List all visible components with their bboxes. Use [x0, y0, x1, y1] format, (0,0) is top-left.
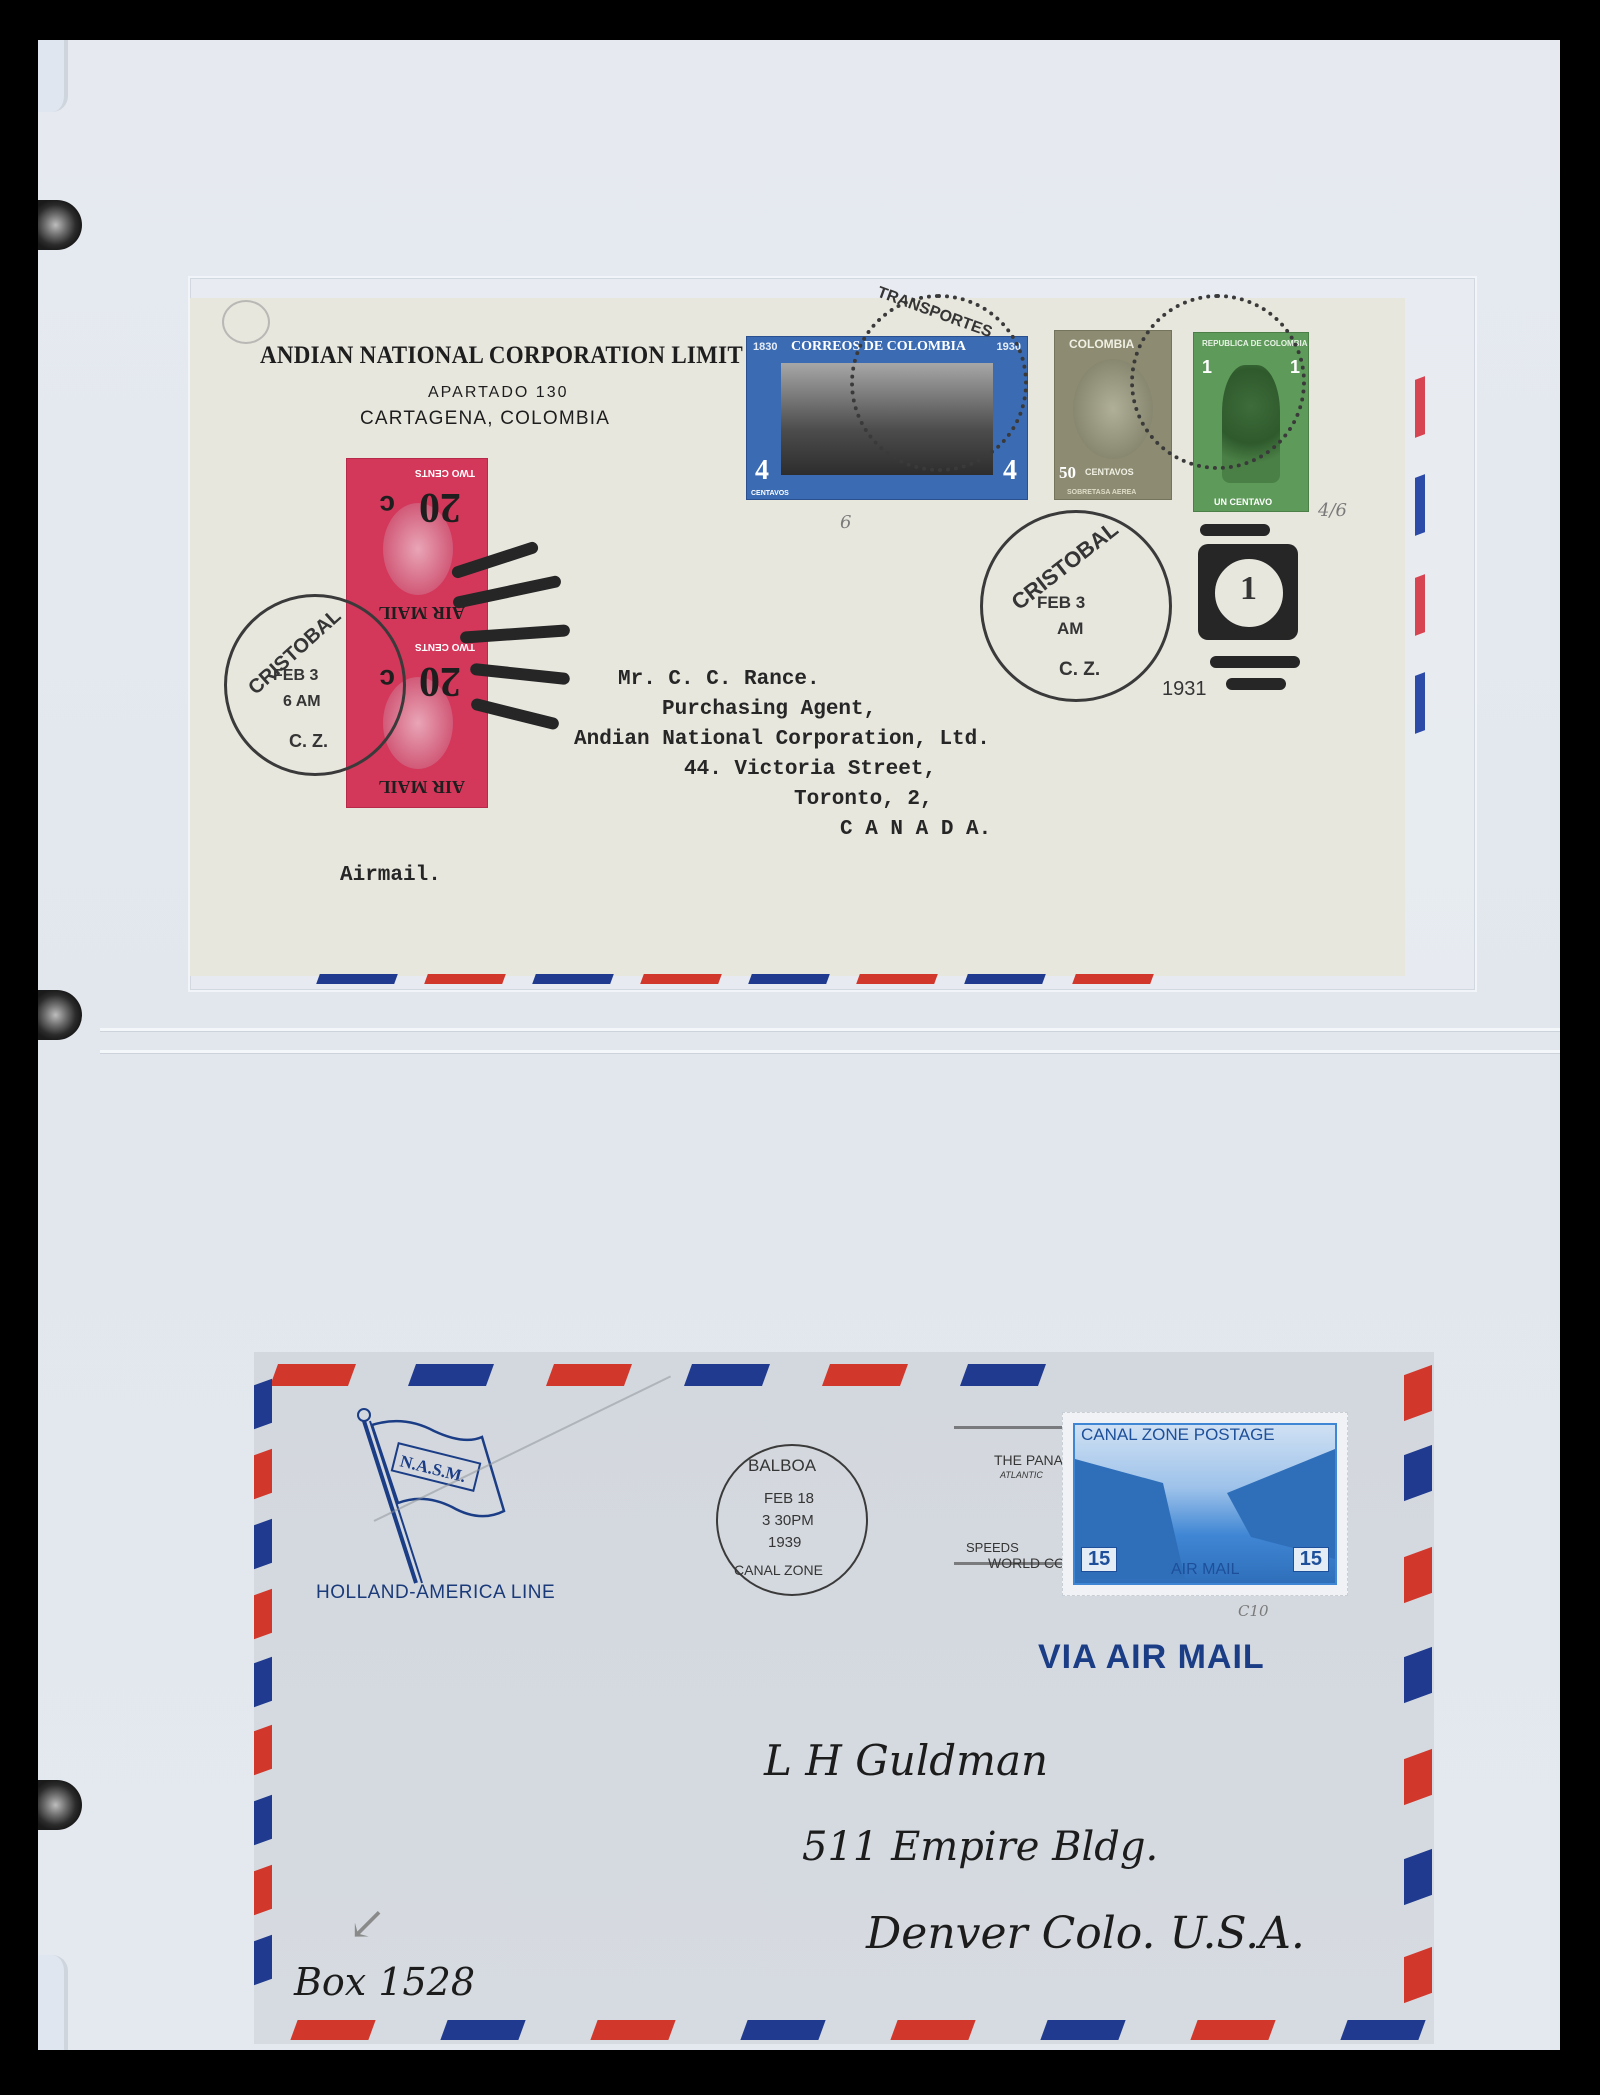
handwritten-city: Denver Colo. U.S.A. [866, 1908, 1305, 1959]
postmark-transportes [1130, 294, 1306, 470]
airmail-border-bottom [318, 974, 1385, 984]
handwritten-name: L H Guldman [764, 1736, 1048, 1785]
killer-1: 1 [1198, 544, 1298, 640]
postmark-transportes: TRANSPORTES [850, 294, 1028, 472]
airmail-stripe [1415, 474, 1425, 536]
handwritten-box-note: Box 1528 [294, 1960, 475, 2004]
sleeve-divider [100, 1028, 1560, 1031]
airmail-border-top [254, 1364, 1434, 1386]
airmail-note: Airmail. [340, 864, 441, 887]
pencil-arrow: ↙ [348, 1896, 387, 1950]
postmark-balboa: BALBOA FEB 18 3 30PM 1939 CANAL ZONE [716, 1444, 868, 1596]
address-line: 44. Victoria Street, [684, 758, 936, 781]
postmark-cristobal: CRISTOBAL FEB 3 AM C. Z. [980, 510, 1172, 702]
handwritten-street: 511 Empire Bldg. [802, 1824, 1158, 1870]
company-name: HOLLAND-AMERICA LINE [316, 1582, 555, 1604]
pencil-note: 4/6 [1318, 500, 1347, 521]
sleeve-divider [100, 1050, 1560, 1053]
nasm-flag-icon: N.A.S.M. [354, 1407, 534, 1587]
address-line: Toronto, 2, [794, 788, 933, 811]
stamp-canal-zone-15c: CANAL ZONE POSTAGE 15 15 AIR MAIL [1062, 1412, 1348, 1596]
letterhead-company: ANDIAN NATIONAL CORPORATION LIMIT [260, 342, 743, 370]
cover-holland-america: N.A.S.M. HOLLAND-AMERICA LINE BALBOA FEB… [254, 1352, 1434, 2044]
airmail-stripe [1415, 672, 1425, 734]
letterhead-city: CARTAGENA, COLOMBIA [360, 408, 610, 430]
pencil-circle-mark [222, 300, 270, 344]
letterhead-box: APARTADO 130 [428, 384, 569, 402]
pencil-note: C10 [1238, 1602, 1269, 1620]
postmark-cristobal: CRISTOBAL FEB 3 6 AM C. Z. [224, 594, 406, 776]
cover-andian-national: ANDIAN NATIONAL CORPORATION LIMIT APARTA… [190, 298, 1405, 976]
postmark-year: 1931 [1162, 678, 1207, 701]
page-tab-cut [38, 40, 68, 112]
airmail-stripe [1415, 574, 1425, 636]
via-air-mail: VIA AIR MAIL [1038, 1638, 1265, 1677]
address-line: Mr. C. C. Rance. [618, 668, 820, 691]
pencil-note: 6 [840, 512, 851, 533]
airmail-border-right [1404, 1352, 1434, 2044]
address-line: C A N A D A. [840, 818, 991, 841]
address-line: Andian National Corporation, Ltd. [574, 728, 990, 751]
airmail-border-bottom [294, 2020, 1434, 2040]
airmail-border-left [254, 1352, 272, 2044]
address-line: Purchasing Agent, [662, 698, 876, 721]
page-tab-cut [38, 1955, 68, 2050]
airmail-stripe [1415, 376, 1425, 438]
